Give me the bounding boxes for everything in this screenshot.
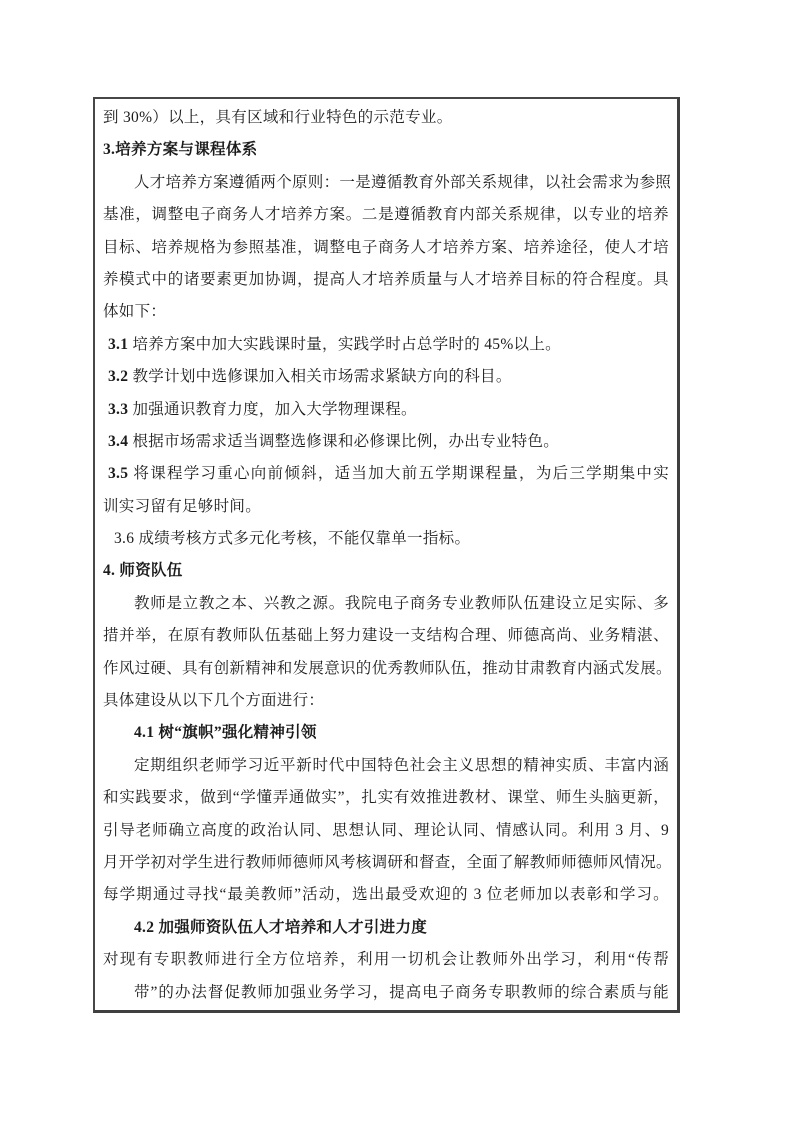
text-line: 教师是立教之本、兴教之源。我院电子商务专业教师队伍建设立足实际、多 — [103, 588, 669, 620]
bold-text-segment: 3.1 — [108, 336, 128, 353]
text-segment: 教学计划中选修课加入相关市场需求紧缺方向的科目。 — [128, 368, 511, 385]
text-segment: 根据市场需求适当调整选修课和必修课比例，办出专业特色。 — [128, 433, 559, 450]
text-line: 引导老师确立高度的政治认同、思想认同、理论认同、情感认同。利用 3 月、9 — [103, 815, 669, 847]
bold-text-segment: 4.2 加强师资队伍人才培养和人才引进力度 — [134, 919, 427, 936]
text-line: 3.6 成绩考核方式多元化考核，不能仅靠单一指标。 — [103, 523, 669, 555]
bold-text-segment: 3.4 — [108, 433, 128, 450]
text-line: 3.1 培养方案中加大实践课时量，实践学时占总学时的 45%以上。 — [103, 329, 669, 361]
text-segment: 对现有专职教师进行全方位培养，利用一切机会让教师外出学习，利用“传帮 — [103, 951, 669, 968]
document-table-cell: 到 30%）以上，具有区域和行业特色的示范专业。3.培养方案与课程体系人才培养方… — [93, 97, 680, 1013]
text-segment: 到 30%）以上，具有区域和行业特色的示范专业。 — [103, 109, 453, 126]
text-line: 每学期通过寻找“最美教师”活动，选出最受欢迎的 3 位老师加以表彰和学习。 — [103, 879, 669, 911]
text-segment: 体如下： — [103, 303, 166, 320]
text-segment: 带”的办法督促教师加强业务学习，提高电子商务专职教师的综合素质与能 — [134, 984, 669, 1001]
bold-text-segment: 3.5 — [108, 465, 128, 482]
text-line: 4.1 树“旗帜”强化精神引领 — [103, 717, 669, 749]
text-segment: 3.6 成绩考核方式多元化考核，不能仅靠单一指标。 — [114, 530, 470, 547]
text-line: 3.4 根据市场需求适当调整选修课和必修课比例，办出专业特色。 — [103, 426, 669, 458]
text-line: 3.3 加强通识教育力度，加入大学物理课程。 — [103, 394, 669, 426]
bold-text-segment: 3.2 — [108, 368, 128, 385]
text-line: 3.2 教学计划中选修课加入相关市场需求紧缺方向的科目。 — [103, 361, 669, 393]
bold-text-segment: 3.培养方案与课程体系 — [103, 141, 257, 158]
text-line: 具体建设从以下几个方面进行： — [103, 685, 669, 717]
bold-text-segment: 4.1 树“旗帜”强化精神引领 — [134, 724, 317, 741]
text-line: 人才培养方案遵循两个原则：一是遵循教育外部关系规律，以社会需求为参照 — [103, 167, 669, 199]
text-line: 对现有专职教师进行全方位培养，利用一切机会让教师外出学习，利用“传帮 — [103, 944, 669, 976]
text-segment: 目标、培养规格为参照基准，调整电子商务人才培养方案、培养途径，使人才培 — [103, 239, 669, 256]
text-segment: 作风过硬、具有创新精神和发展意识的优秀教师队伍，推动甘肃教育内涵式发展。 — [103, 660, 672, 677]
text-segment: 将课程学习重心向前倾斜，适当加大前五学期课程量，为后三学期集中实 — [128, 465, 669, 482]
text-line: 定期组织老师学习近平新时代中国特色社会主义思想的精神实质、丰富内涵 — [103, 750, 669, 782]
text-line: 训实习留有足够时间。 — [103, 491, 669, 523]
text-line: 和实践要求，做到“学懂弄通做实”，扎实有效推进教材、课堂、师生头脑更新， — [103, 782, 669, 814]
bold-text-segment: 3.3 — [108, 401, 128, 418]
text-line: 带”的办法督促教师加强业务学习，提高电子商务专职教师的综合素质与能 — [103, 977, 669, 1009]
text-segment: 具体建设从以下几个方面进行： — [103, 692, 324, 709]
text-segment: 基准，调整电子商务人才培养方案。二是遵循教育内部关系规律，以专业的培养 — [103, 206, 669, 223]
text-segment: 定期组织老师学习近平新时代中国特色社会主义思想的精神实质、丰富内涵 — [134, 757, 669, 774]
text-line: 目标、培养规格为参照基准，调整电子商务人才培养方案、培养途径，使人才培 — [103, 232, 669, 264]
text-line: 4. 师资队伍 — [103, 555, 669, 587]
text-segment: 措并举，在原有教师队伍基础上努力建设一支结构合理、师德高尚、业务精湛、 — [103, 627, 669, 644]
text-line: 基准，调整电子商务人才培养方案。二是遵循教育内部关系规律，以专业的培养 — [103, 199, 669, 231]
text-segment: 养模式中的诸要素更加协调，提高人才培养质量与人才培养目标的符合程度。具 — [103, 271, 669, 288]
text-line: 3.5 将课程学习重心向前倾斜，适当加大前五学期课程量，为后三学期集中实 — [103, 458, 669, 490]
text-segment: 月开学初对学生进行教师师德师风考核调研和督查，全面了解教师师德师风情况。 — [103, 854, 672, 871]
text-line: 4.2 加强师资队伍人才培养和人才引进力度 — [103, 912, 669, 944]
text-segment: 和实践要求，做到“学懂弄通做实”，扎实有效推进教材、课堂、师生头脑更新， — [103, 789, 669, 806]
text-line: 作风过硬、具有创新精神和发展意识的优秀教师队伍，推动甘肃教育内涵式发展。 — [103, 653, 669, 685]
text-segment: 引导老师确立高度的政治认同、思想认同、理论认同、情感认同。利用 3 月、9 — [103, 822, 669, 839]
text-line: 到 30%）以上，具有区域和行业特色的示范专业。 — [103, 102, 669, 134]
text-segment: 教师是立教之本、兴教之源。我院电子商务专业教师队伍建设立足实际、多 — [134, 595, 669, 612]
text-line: 月开学初对学生进行教师师德师风考核调研和督查，全面了解教师师德师风情况。 — [103, 847, 669, 879]
bold-text-segment: 4. 师资队伍 — [103, 562, 183, 579]
text-segment: 加强通识教育力度，加入大学物理课程。 — [128, 401, 417, 418]
text-segment: 训实习留有足够时间。 — [103, 498, 261, 515]
text-line: 措并举，在原有教师队伍基础上努力建设一支结构合理、师德高尚、业务精湛、 — [103, 620, 669, 652]
text-line: 体如下： — [103, 296, 669, 328]
document-page: 到 30%）以上，具有区域和行业特色的示范专业。3.培养方案与课程体系人才培养方… — [0, 0, 793, 1122]
text-segment: 每学期通过寻找“最美教师”活动，选出最受欢迎的 3 位老师加以表彰和学习。 — [103, 886, 669, 903]
text-segment: 培养方案中加大实践课时量，实践学时占总学时的 45%以上。 — [128, 336, 561, 353]
text-line: 养模式中的诸要素更加协调，提高人才培养质量与人才培养目标的符合程度。具 — [103, 264, 669, 296]
text-segment: 人才培养方案遵循两个原则：一是遵循教育外部关系规律，以社会需求为参照 — [134, 174, 671, 191]
text-line: 3.培养方案与课程体系 — [103, 134, 669, 166]
